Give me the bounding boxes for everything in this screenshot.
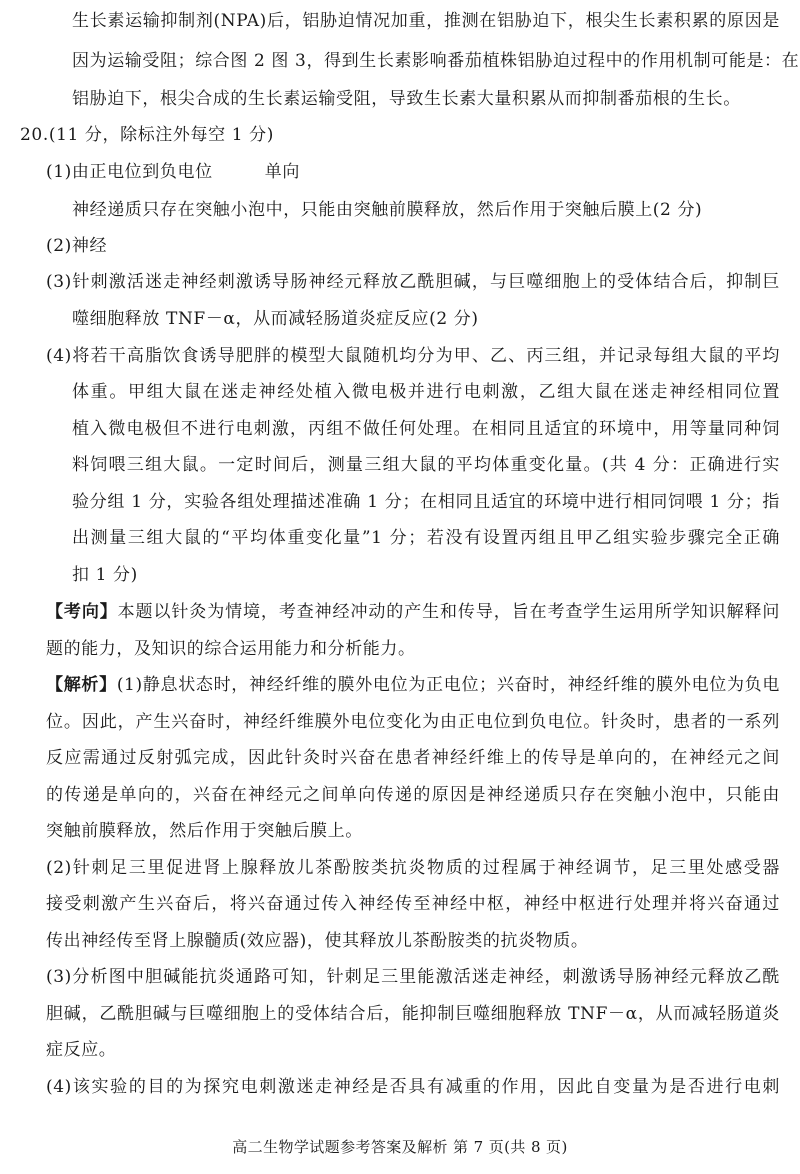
page-footer: 高二生物学试题参考答案及解析 第 7 页(共 8 页) [0, 1136, 800, 1157]
answer-4-line: 体重。甲组大鼠在迷走神经处植入微电极并进行电刺激，乙组大鼠在迷走神经相同位置 [72, 381, 780, 403]
carryover-line: 铝胁迫下，根尖合成的生长素运输受阻，导致生长素大量积累从而抑制番茄根的生长。 [72, 88, 741, 110]
answer-3-line: (3)针刺激活迷走神经刺激诱导肠神经元释放乙酰胆碱，与巨噬细胞上的受体结合后，抑… [46, 271, 780, 293]
jiexi-line: (2)针刺足三里促进肾上腺释放儿茶酚胺类抗炎物质的过程属于神经调节，足三里处感受… [46, 857, 780, 879]
answer-4-line: (4)将若干高脂饮食诱导肥胖的模型大鼠随机均分为甲、乙、丙三组，并记录每组大鼠的… [46, 345, 780, 367]
answer-2: (2)神经 [46, 235, 107, 257]
jiexi-line: 症反应。 [46, 1039, 116, 1061]
answer-4-line: 植入微电极但不进行电刺激，丙组不做任何处理。在相同且适宜的环境中，用等量同种饲 [72, 418, 780, 440]
jiexi-line: 胆碱，乙酰胆碱与巨噬细胞上的受体结合后，能抑制巨噬细胞释放 TNF－α，从而减轻… [46, 1003, 780, 1025]
answer-1-blank-1: (1)由正电位到负电位 [46, 162, 213, 182]
answer-4-line: 扣 1 分) [72, 564, 138, 586]
answer-3-line: 噬细胞释放 TNF－α，从而减轻肠道炎症反应(2 分) [72, 308, 479, 330]
jiexi-line: (4)该实验的目的为探究电刺激迷走神经是否具有减重的作用，因此自变量为是否进行电… [46, 1076, 780, 1098]
jiexi-line: 突触前膜释放，然后作用于突触后膜上。 [46, 820, 363, 842]
jiexi-line: 位。因此，产生兴奋时，神经纤维膜外电位变化为由正电位到负电位。针灸时，患者的一系… [46, 711, 780, 733]
question-header: 20.(11 分，除标注外每空 1 分) [20, 124, 274, 146]
kaoxiang-line: 【考向】本题以针灸为情境，考查神经冲动的产生和传导，旨在考查学生运用所学知识解释… [46, 601, 780, 623]
kaoxiang-tag: 【考向】 [46, 602, 118, 622]
jiexi-line: 反应需通过反射弧完成，因此针灸时兴奋在患者神经纤维上的传导是单向的，在神经元之间 [46, 747, 780, 769]
jiexi-tag: 【解析】 [46, 675, 117, 695]
answer-1-blank-2: 单向 [265, 162, 300, 182]
jiexi-line: 【解析】(1)静息状态时，神经纤维的膜外电位为正电位；兴奋时，神经纤维的膜外电位… [46, 674, 780, 696]
kaoxiang-text: 本题以针灸为情境，考查神经冲动的产生和传导，旨在考查学生运用所学知识解释问 [118, 602, 780, 622]
answer-1-line: (1)由正电位到负电位 单向 [46, 161, 300, 183]
jiexi-line: 传出神经传至肾上腺髓质(效应器)，使其释放儿茶酚胺类的抗炎物质。 [46, 930, 588, 952]
carryover-line: 生长素运输抑制剂(NPA)后，铝胁迫情况加重，推测在铝胁迫下，根尖生长素积累的原… [72, 10, 780, 32]
answer-4-line: 验分组 1 分，实验各组处理描述准确 1 分；在相同且适宜的环境中进行相同饲喂 … [72, 491, 780, 513]
carryover-line: 因为运输受阻；综合图 2 图 3，得到生长素影响番茄植株铝胁迫过程中的作用机制可… [72, 50, 780, 72]
jiexi-line: 的传递是单向的，兴奋在神经元之间单向传递的原因是神经递质只存在突触小泡中，只能由 [46, 784, 780, 806]
jiexi-line: 接受刺激产生兴奋后，将兴奋通过传入神经传至神经中枢，神经中枢进行处理并将兴奋通过 [46, 893, 780, 915]
jiexi-line: (3)分析图中胆碱能抗炎通路可知，针刺足三里能激活迷走神经，刺激诱导肠神经元释放… [46, 966, 780, 988]
answer-4-line: 出测量三组大鼠的“平均体重变化量”1 分；若没有设置丙组且甲乙组实验步骤完全正确 [72, 527, 780, 549]
kaoxiang-line: 题的能力，及知识的综合运用能力和分析能力。 [46, 638, 416, 660]
answer-4-line: 料饲喂三组大鼠。一定时间后，测量三组大鼠的平均体重变化量。(共 4 分：正确进行… [72, 454, 780, 476]
jiexi-text: (1)静息状态时，神经纤维的膜外电位为正电位；兴奋时，神经纤维的膜外电位为负电 [117, 675, 780, 695]
answer-1-reason: 神经递质只存在突触小泡中，只能由突触前膜释放，然后作用于突触后膜上(2 分) [72, 199, 702, 221]
